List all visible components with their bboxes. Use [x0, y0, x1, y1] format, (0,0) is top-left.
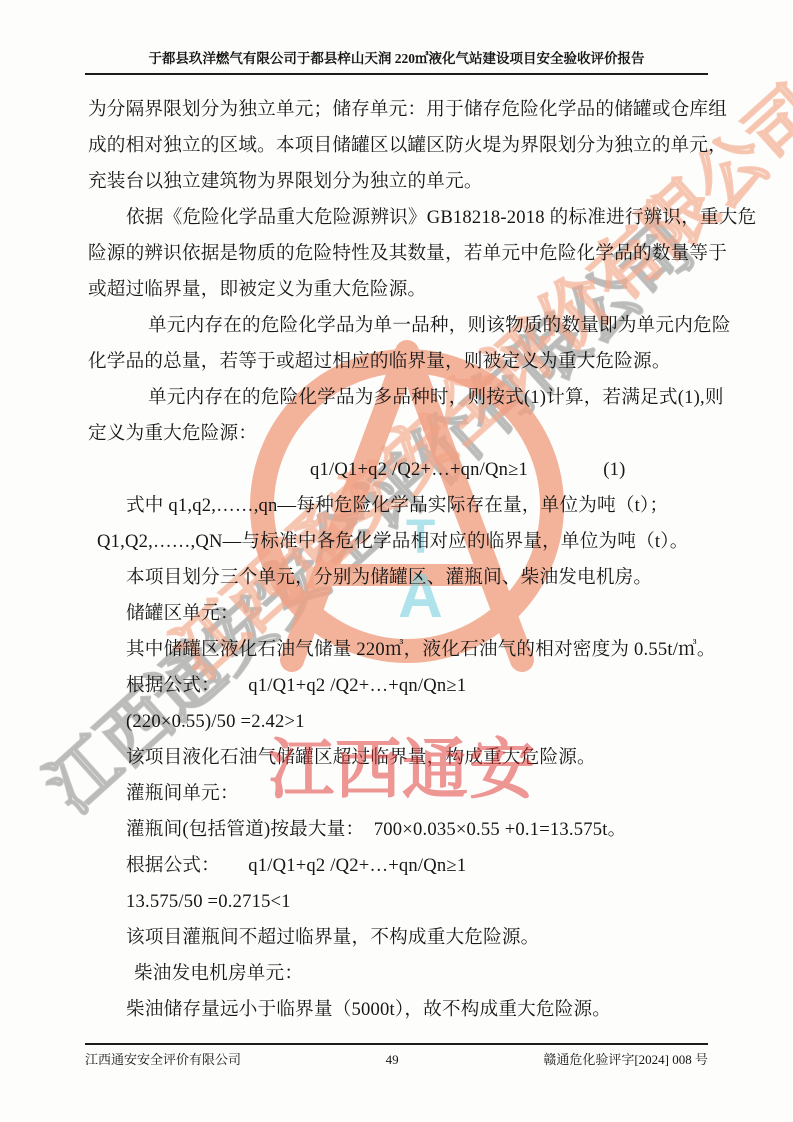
page-header-title: 于都县玖洋燃气有限公司于都县梓山天润 220㎥液化气站建设项目安全验收评价报告: [0, 47, 793, 67]
body-line: 其中储罐区液化石油气储量 220㎥，液化石油气的相对密度为 0.55t/㎥。: [126, 632, 712, 668]
body-line: 险源的辨识依据是物质的危险特性及其数量，若单元中危险化学品的数量等于: [88, 236, 712, 272]
body-line: 储罐区单元：: [126, 596, 712, 632]
body-line: 柴油储存量远小于临界量（5000t），故不构成重大危险源。: [126, 992, 712, 1028]
body-line: 柴油发电机房单元：: [134, 956, 712, 992]
body-line: 成的相对独立的区域。本项目储罐区以罐区防火堤为界限划分为独立的单元，: [88, 128, 712, 164]
body-line: 充装台以独立建筑物为界限划分为独立的单元。: [88, 164, 712, 200]
report-page: 江西通安安全评价有限公司 江西通安安全评价有限公司 T A 于都县玖洋燃气有限公…: [0, 0, 793, 1122]
body-line: 式中 q1,q2,……,qn—每种危险化学品实际存在量，单位为吨（t）；: [126, 488, 712, 524]
footer-doc-number: 赣通危化验评字[2024] 008 号: [543, 1049, 708, 1068]
page-footer: 江西通安安全评价有限公司 49 赣通危化验评字[2024] 008 号: [85, 1049, 708, 1068]
body-line: 根据公式： q1/Q1+q2 /Q2+…+qn/Qn≥1: [126, 848, 712, 884]
footer-page-number: 49: [386, 1052, 399, 1068]
body-line: 定义为重大危险源：: [88, 416, 712, 452]
header-rule: [85, 73, 708, 75]
body-line: 该项目灌瓶间不超过临界量，不构成重大危险源。: [126, 920, 712, 956]
body-line: 根据公式： q1/Q1+q2 /Q2+…+qn/Qn≥1: [126, 668, 712, 704]
body-line: 或超过临界量，即被定义为重大危险源。: [88, 272, 712, 308]
document-body: 为分隔界限划分为独立单元；储存单元：用于储存危险化学品的储罐或仓库组成的相对独立…: [88, 92, 712, 1028]
body-line: 依据《危险化学品重大危险源辨识》GB18218-2018 的标准进行辨识，重大危: [126, 200, 712, 236]
body-line: q1/Q1+q2 /Q2+…+qn/Qn≥1 (1): [310, 452, 712, 488]
body-line: 灌瓶间(包括管道)按最大量： 700×0.035×0.55 +0.1=13.57…: [126, 812, 712, 848]
body-line: 单元内存在的危险化学品为多品种时，则按式(1)计算，若满足式(1),则: [148, 380, 712, 416]
body-line: 灌瓶间单元：: [126, 776, 712, 812]
body-line: 化学品的总量，若等于或超过相应的临界量，则被定义为重大危险源。: [88, 344, 712, 380]
body-line: 本项目划分三个单元，分别为储罐区、灌瓶间、柴油发电机房。: [126, 560, 712, 596]
body-line: (220×0.55)/50 =2.42>1: [126, 704, 712, 740]
body-line: 13.575/50 =0.2715<1: [126, 884, 712, 920]
footer-rule: [85, 1043, 708, 1045]
body-line: Q1,Q2,……,QN—与标准中各危化学品相对应的临界量，单位为吨（t）。: [97, 524, 712, 560]
body-line: 单元内存在的危险化学品为单一品种，则该物质的数量即为单元内危险: [148, 308, 712, 344]
body-line: 该项目液化石油气储罐区超过临界量，构成重大危险源。: [126, 740, 712, 776]
footer-company: 江西通安安全评价有限公司: [85, 1049, 241, 1068]
body-line: 为分隔界限划分为独立单元；储存单元：用于储存危险化学品的储罐或仓库组: [88, 92, 712, 128]
